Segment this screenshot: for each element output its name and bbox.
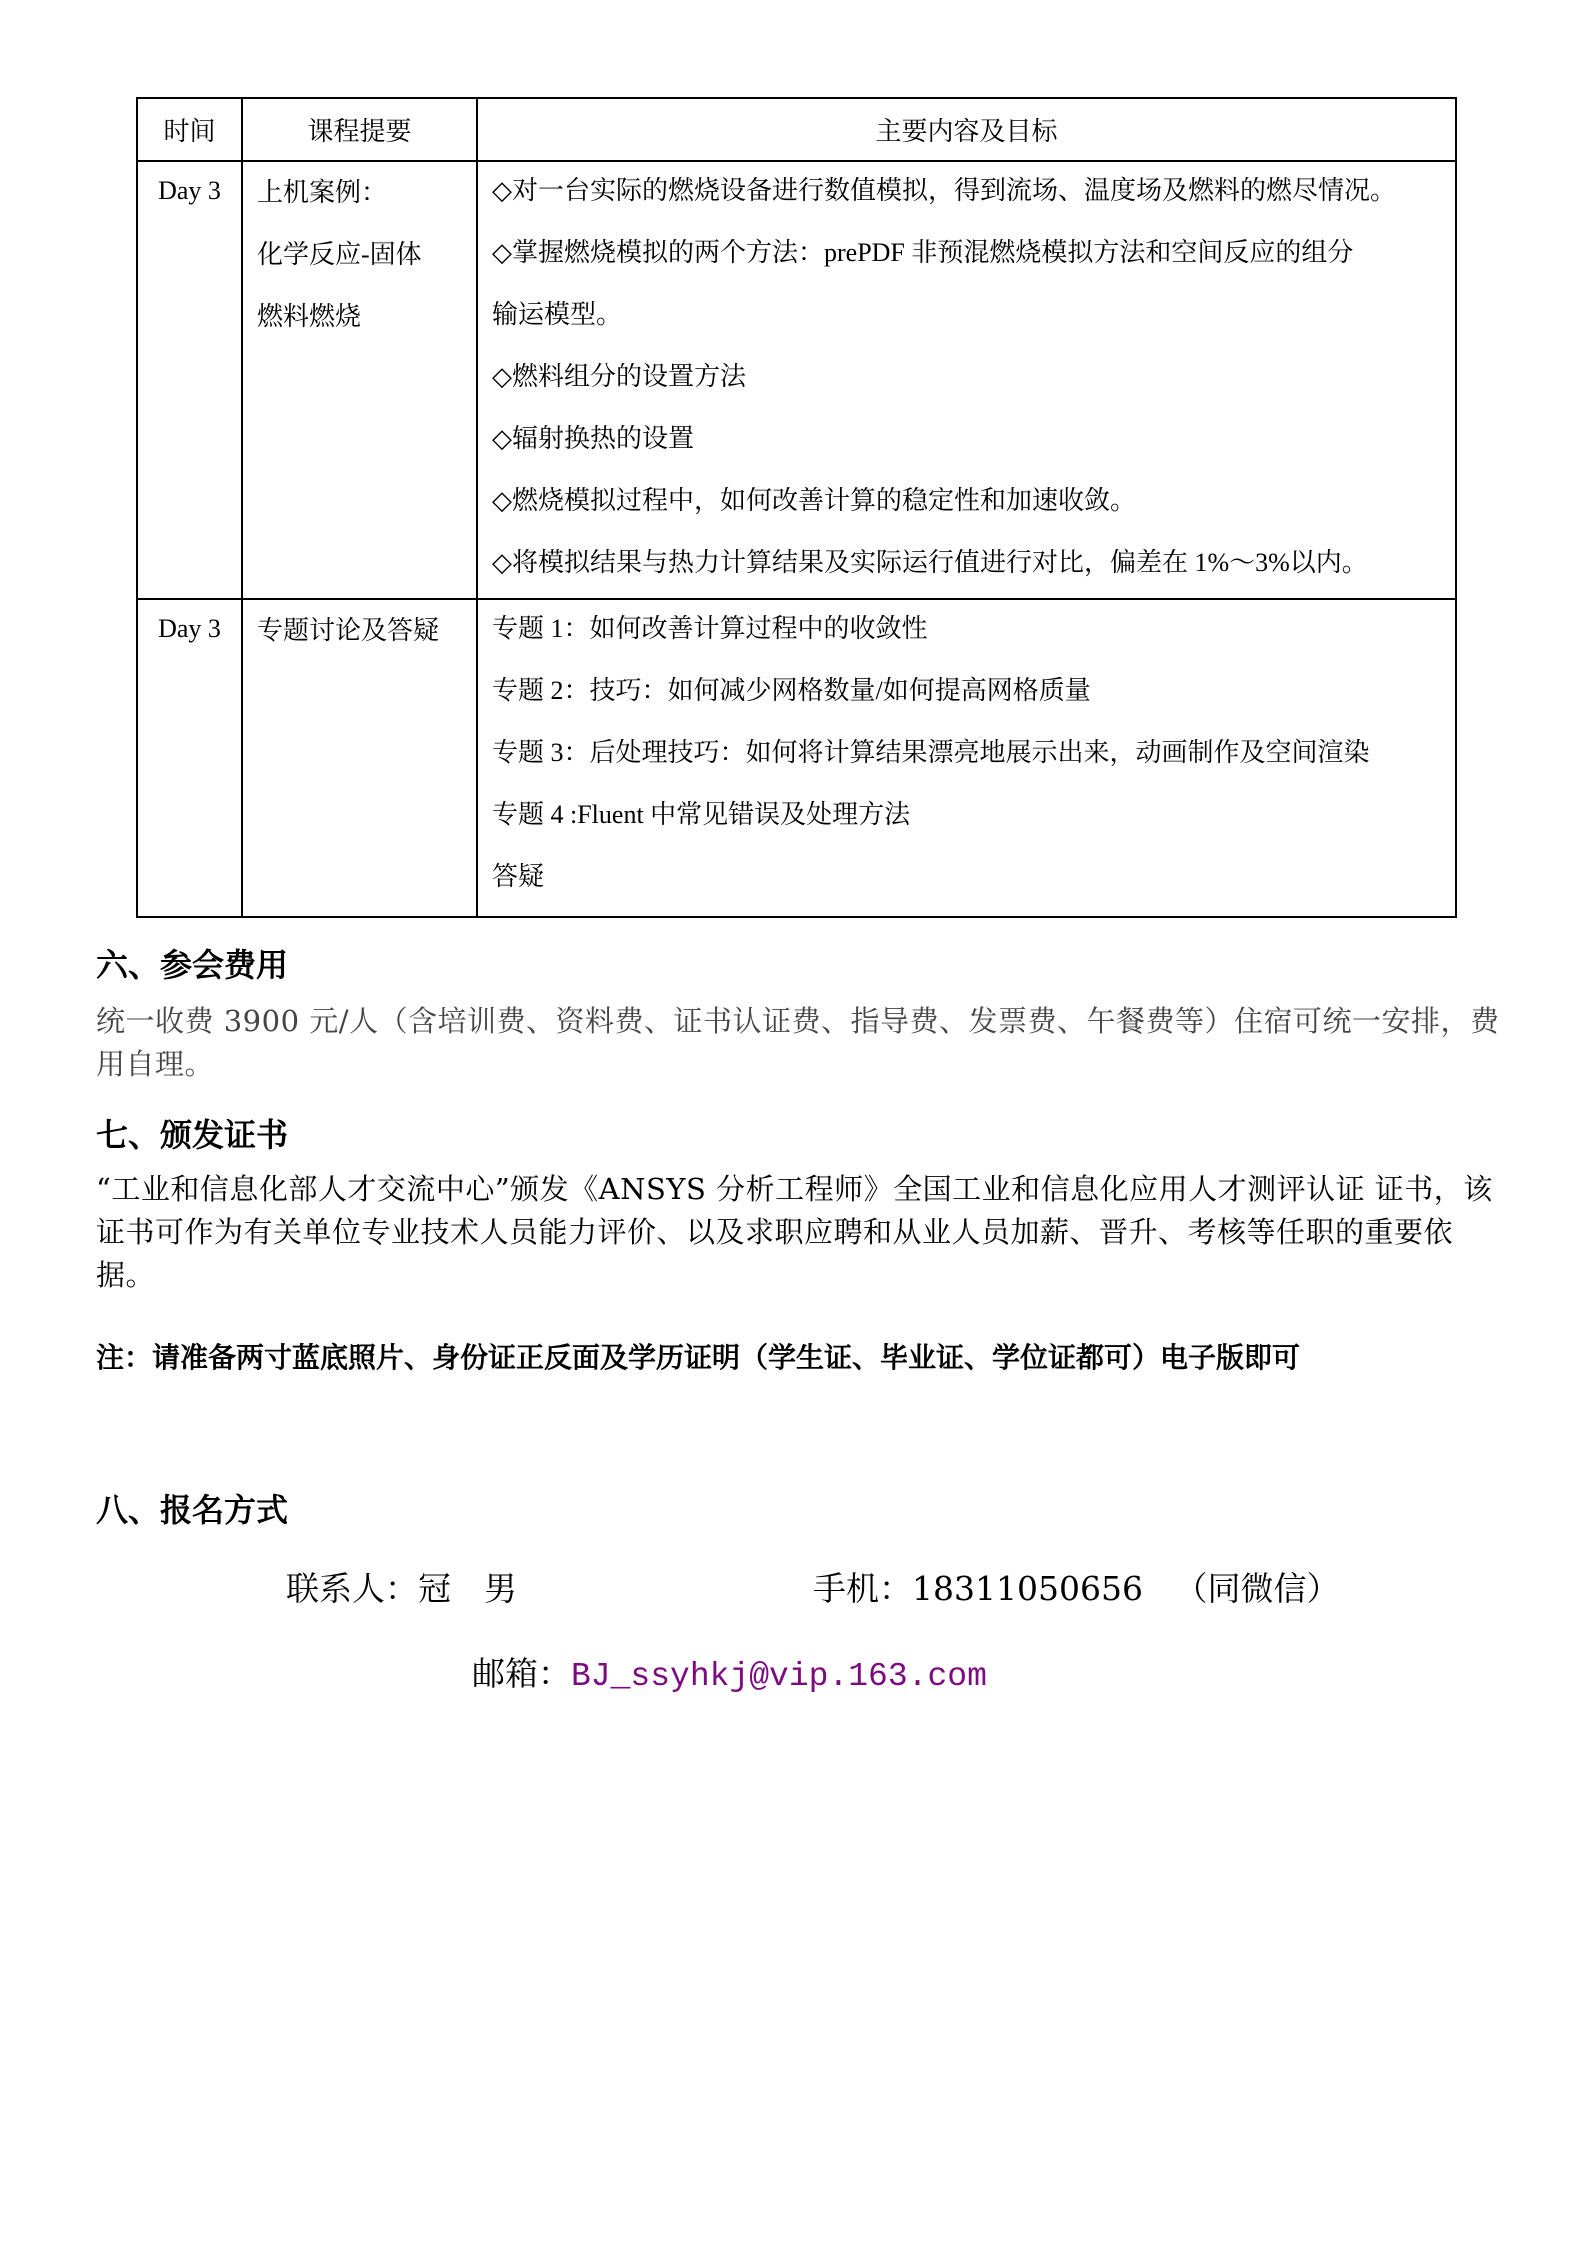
email-label: 邮箱：: [472, 1654, 571, 1693]
fee-paragraph: 统一收费 3900 元/人（含培训费、资料费、证书认证费、指导费、发票费、午餐费…: [96, 1000, 1506, 1086]
table-header-row: 时间 课程提要 主要内容及目标: [137, 98, 1456, 161]
content-line: 答疑: [492, 860, 1447, 894]
phone-note: （同微信）: [1174, 1569, 1339, 1608]
section-heading-registration: 八、报名方式: [96, 1485, 288, 1531]
day-cell: Day 3: [137, 599, 242, 917]
content-line: 输运模型。: [492, 298, 1447, 332]
content-line: ◇对一台实际的燃烧设备进行数值模拟，得到流场、温度场及燃料的燃尽情况。: [492, 174, 1447, 208]
content-line: ◇掌握燃烧模拟的两个方法：prePDF 非预混燃烧模拟方法和空间反应的组分: [492, 236, 1447, 270]
schedule-table: 时间 课程提要 主要内容及目标 Day 3 上机案例： 化学反应-固体 燃料燃烧…: [136, 97, 1457, 918]
topic-cell: 上机案例： 化学反应-固体 燃料燃烧: [242, 161, 477, 599]
contact-email: 邮箱：BJ_ssyhkj@vip.163.com: [472, 1648, 987, 1695]
header-time: 时间: [137, 98, 242, 161]
certificate-paragraph: “工业和信息化部人才交流中心”颁发《ANSYS 分析工程师》全国工业和信息化应用…: [96, 1168, 1506, 1297]
certificate-note: 注：请准备两寸蓝底照片、身份证正反面及学历证明（学生证、毕业证、学位证都可）电子…: [96, 1336, 1300, 1376]
content-cell: 专题 1：如何改善计算过程中的收敛性 专题 2：技巧：如何减少网格数量/如何提高…: [477, 599, 1456, 917]
contact-person: 联系人：冠 男: [286, 1563, 517, 1610]
content-line: 专题 2：技巧：如何减少网格数量/如何提高网格质量: [492, 674, 1447, 708]
content-line: 专题 1：如何改善计算过程中的收敛性: [492, 612, 1447, 646]
section-heading-fee: 六、参会费用: [96, 940, 288, 986]
content-line: 专题 4 :Fluent 中常见错误及处理方法: [492, 798, 1447, 832]
header-course-outline: 课程提要: [242, 98, 477, 161]
topic-line: 上机案例：: [257, 176, 476, 210]
contact-name: 冠 男: [418, 1569, 517, 1608]
content-line: ◇辐射换热的设置: [492, 422, 1447, 456]
topic-line: 专题讨论及答疑: [257, 614, 476, 648]
topic-line: 燃料燃烧: [257, 300, 476, 334]
content-line: ◇将模拟结果与热力计算结果及实际运行值进行对比，偏差在 1%～3%以内。: [492, 546, 1447, 580]
table-row: Day 3 上机案例： 化学反应-固体 燃料燃烧 ◇对一台实际的燃烧设备进行数值…: [137, 161, 1456, 599]
email-link[interactable]: BJ_ssyhkj@vip.163.com: [571, 1658, 987, 1695]
topic-cell: 专题讨论及答疑: [242, 599, 477, 917]
content-cell: ◇对一台实际的燃烧设备进行数值模拟，得到流场、温度场及燃料的燃尽情况。 ◇掌握燃…: [477, 161, 1456, 599]
day-cell: Day 3: [137, 161, 242, 599]
content-line: 专题 3：后处理技巧：如何将计算结果漂亮地展示出来，动画制作及空间渲染: [492, 736, 1447, 770]
table-row: Day 3 专题讨论及答疑 专题 1：如何改善计算过程中的收敛性 专题 2：技巧…: [137, 599, 1456, 917]
section-heading-certificate: 七、颁发证书: [96, 1110, 288, 1156]
content-line: ◇燃料组分的设置方法: [492, 360, 1447, 394]
content-line: ◇燃烧模拟过程中，如何改善计算的稳定性和加速收敛。: [492, 484, 1447, 518]
header-content-goals: 主要内容及目标: [477, 98, 1456, 161]
contact-phone: 手机：18311050656 （同微信）: [813, 1563, 1339, 1610]
contact-label: 联系人：: [286, 1569, 418, 1608]
phone-label: 手机：: [813, 1569, 912, 1608]
phone-number[interactable]: 18311050656: [912, 1569, 1143, 1608]
topic-line: 化学反应-固体: [257, 238, 476, 272]
